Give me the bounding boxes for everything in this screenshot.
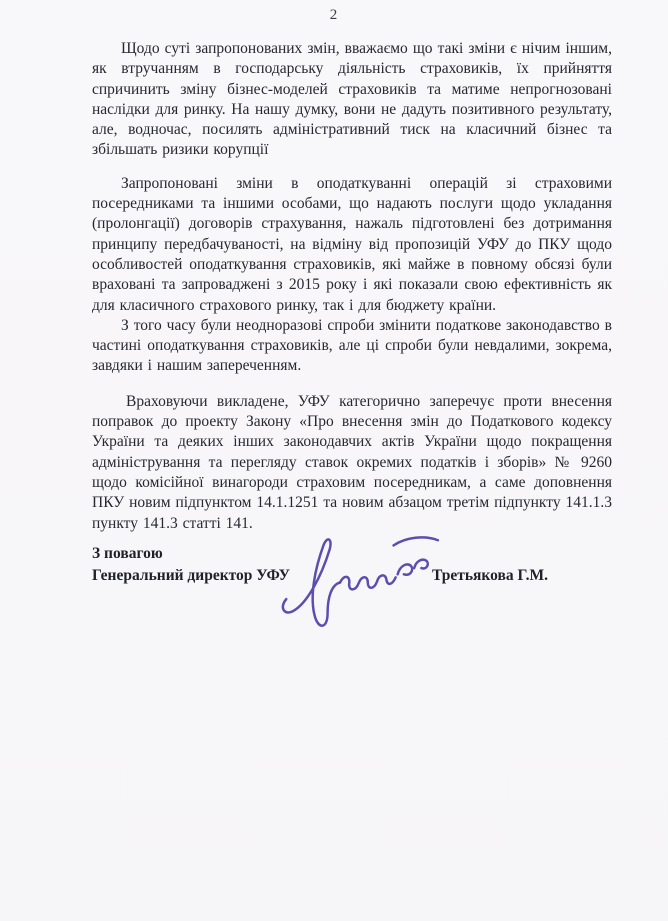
signature-closing: З повагою — [92, 543, 290, 565]
signature-block: З повагою Генеральний директор УФУ Треть… — [92, 543, 548, 587]
page-number: 2 — [0, 7, 668, 24]
paragraph-past-attempts: З того часу були неодноразові спроби змі… — [92, 316, 612, 377]
signatory-name: Третьякова Г.М. — [432, 565, 548, 587]
document-page: 2 Щодо суті запропонованих змін, вважаєм… — [0, 0, 668, 921]
paragraph-objection: Враховуючи викладене, УФУ категорично за… — [92, 392, 612, 534]
signature-closing-and-title: З повагою Генеральний директор УФУ — [92, 543, 290, 587]
paragraph-proposed-changes: Щодо суті запропонованих змін, вважаємо … — [92, 39, 612, 161]
letter-body: Щодо суті запропонованих змін, вважаємо … — [92, 39, 612, 534]
signatory-title: Генеральний директор УФУ — [92, 565, 290, 587]
paragraph-taxation-operations: Запропоновані зміни в оподаткуванні опер… — [92, 174, 612, 316]
